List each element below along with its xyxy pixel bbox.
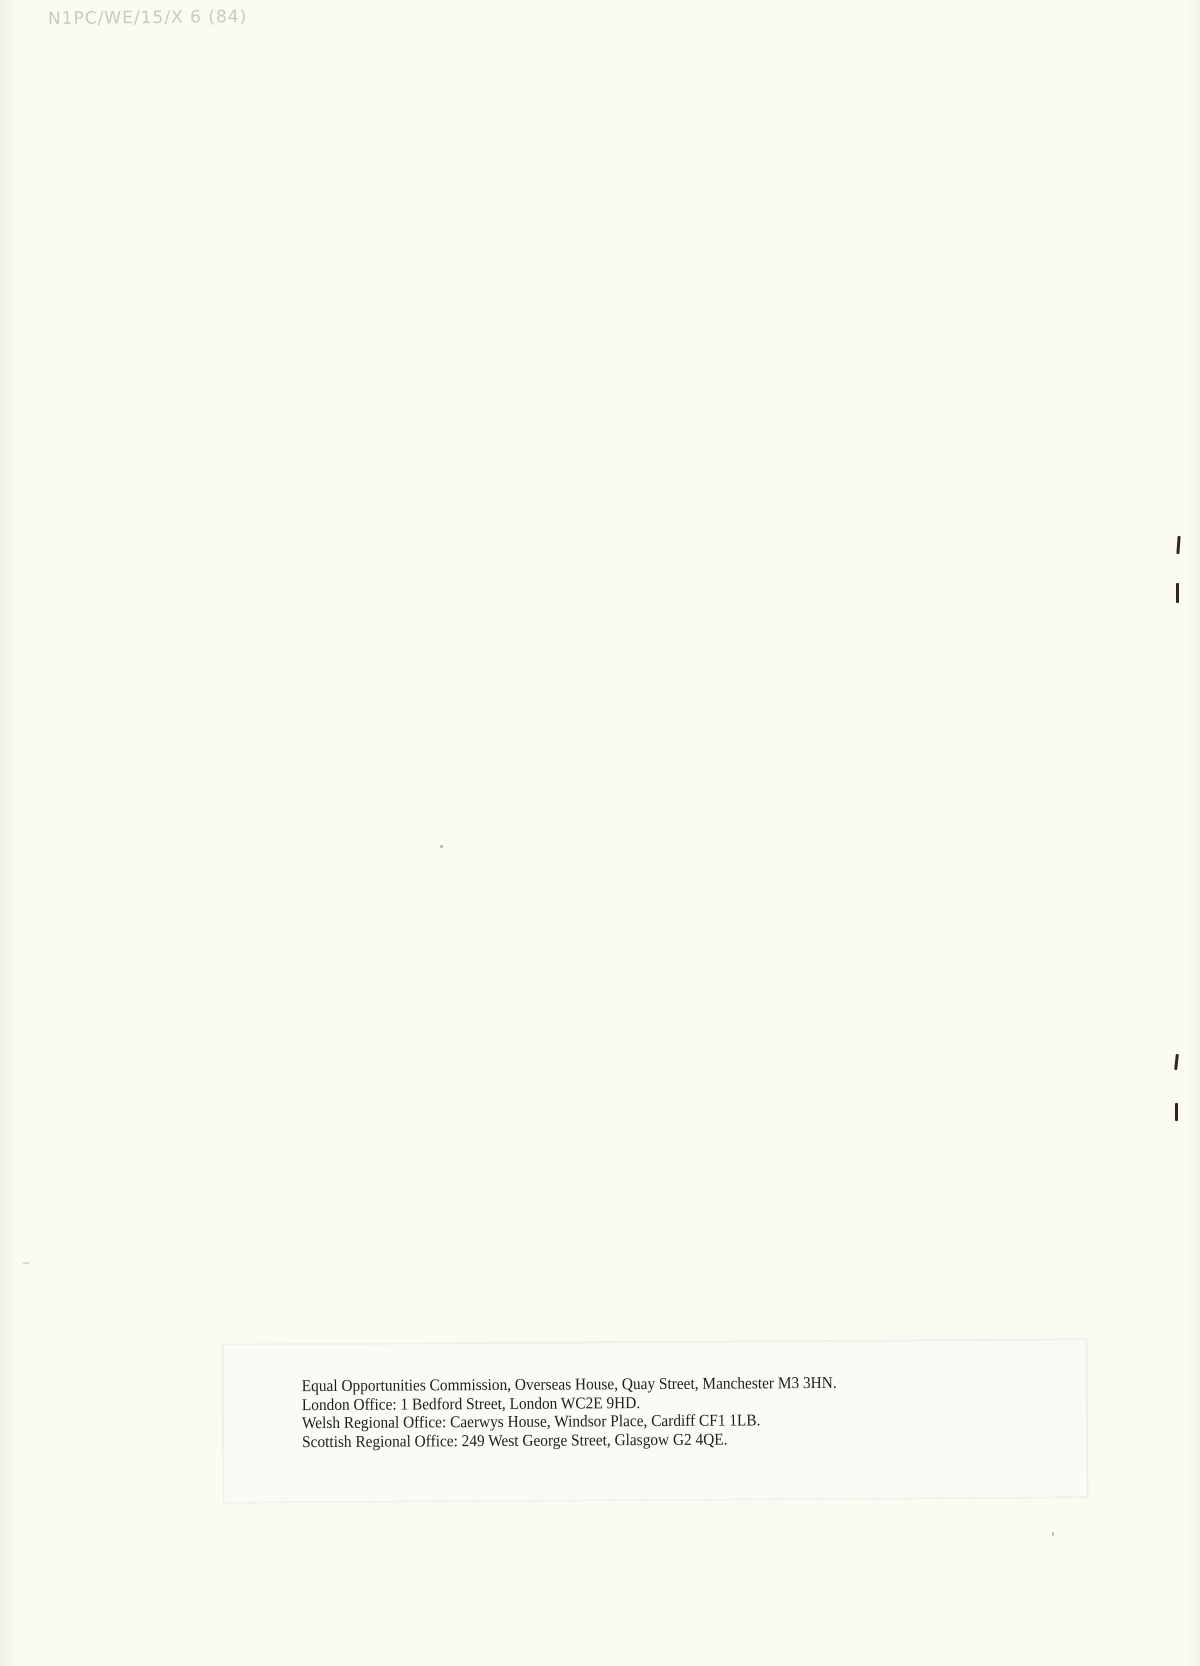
document-page: N1PC/WE/15/X 6 (84) Equal Opportunities … bbox=[0, 0, 1200, 1666]
paper-speck bbox=[440, 845, 443, 848]
address-box: Equal Opportunities Commission, Overseas… bbox=[222, 1338, 1089, 1503]
binding-mark-2 bbox=[1176, 583, 1179, 603]
paper-speck bbox=[22, 1262, 30, 1264]
archive-pencil-note: N1PC/WE/15/X 6 (84) bbox=[48, 7, 247, 29]
binding-mark-3 bbox=[1174, 1054, 1179, 1070]
binding-mark-1 bbox=[1176, 536, 1180, 554]
binding-mark-4 bbox=[1175, 1103, 1178, 1121]
address-scottish-office: Scottish Regional Office: 249 West Georg… bbox=[302, 1430, 837, 1452]
paper-speck bbox=[1052, 1532, 1054, 1536]
address-list: Equal Opportunities Commission, Overseas… bbox=[302, 1374, 878, 1452]
